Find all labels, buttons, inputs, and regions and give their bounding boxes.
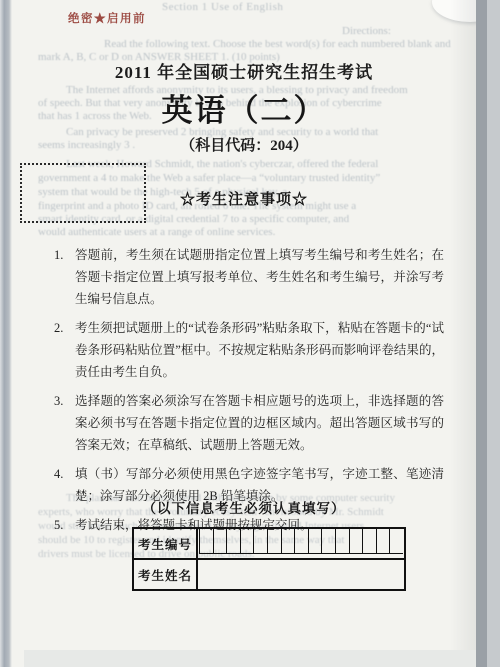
candidate-number-label: 考生编号 bbox=[134, 529, 198, 558]
notice-item-text: 答题前，考生须在试题册指定位置上填写考生编号和考生姓名；在答题卡指定位置上填写报… bbox=[75, 244, 444, 310]
digit-cell bbox=[294, 529, 308, 554]
digit-cell bbox=[240, 529, 254, 554]
notice-item-text: 考生须把试题册上的“试卷条形码”粘贴条取下，粘贴在答题卡的“试卷条形码粘贴位置”… bbox=[75, 317, 444, 383]
digit-cell bbox=[267, 529, 281, 554]
digit-cell bbox=[213, 529, 227, 554]
digit-cell bbox=[253, 529, 267, 554]
notice-item-number: 3. bbox=[54, 390, 75, 456]
digit-cell bbox=[389, 529, 403, 554]
cover-content: 绝密★启用前 2011 年全国硕士研究生招生考试 英语（二） （科目代码：204… bbox=[12, 0, 476, 667]
notice-item-number: 2. bbox=[54, 317, 75, 383]
candidate-number-cells bbox=[198, 529, 404, 558]
notice-item: 2. 考生须把试题册上的“试卷条形码”粘贴条取下，粘贴在答题卡的“试卷条形码粘贴… bbox=[54, 317, 444, 383]
notice-item-number: 5. bbox=[54, 514, 75, 536]
digit-cell bbox=[376, 529, 390, 554]
form-caption: （以下信息考生必须认真填写） bbox=[12, 497, 476, 517]
notice-item: 1. 答题前，考生须在试题册指定位置上填写考生编号和考生姓名；在答题卡指定位置上… bbox=[54, 244, 444, 310]
candidate-name-label: 考生姓名 bbox=[134, 560, 198, 589]
subject-code: （科目代码：204） bbox=[12, 134, 476, 155]
scanned-exam-cover-page: Section 1 Use of English Directions: Rea… bbox=[0, 0, 500, 667]
digit-cell bbox=[199, 529, 213, 554]
notice-heading: ☆考生注意事项☆ bbox=[12, 188, 476, 209]
digit-cell bbox=[321, 529, 335, 554]
scan-left-edge bbox=[0, 0, 12, 667]
subject-title: 英语（二） bbox=[12, 85, 476, 130]
exam-title: 2011 年全国硕士研究生招生考试 bbox=[12, 58, 476, 83]
notice-item-number: 1. bbox=[54, 244, 75, 310]
notice-item-text: 选择题的答案必须涂写在答题卡相应题号的选项上，非选择题的答案必须书写在答题卡指定… bbox=[75, 390, 444, 456]
digit-cell bbox=[226, 529, 240, 554]
paper-sheet: Section 1 Use of English Directions: Rea… bbox=[12, 0, 476, 667]
scan-right-edge bbox=[476, 0, 487, 667]
candidate-number-row: 考生编号 bbox=[134, 529, 404, 558]
digit-cell bbox=[335, 529, 349, 554]
digit-cell bbox=[308, 529, 322, 554]
candidate-info-table: 考生编号 bbox=[132, 527, 406, 591]
scan-right-margin bbox=[487, 0, 500, 667]
candidate-name-field bbox=[198, 560, 404, 589]
classified-label: 绝密★启用前 bbox=[68, 10, 146, 26]
notice-item: 3. 选择题的答案必须涂写在答题卡相应题号的选项上，非选择题的答案必须书写在答题… bbox=[54, 390, 444, 456]
candidate-name-row: 考生姓名 bbox=[134, 558, 404, 589]
digit-cell bbox=[281, 529, 295, 554]
digit-cell bbox=[349, 529, 363, 554]
digit-cell bbox=[362, 529, 376, 554]
